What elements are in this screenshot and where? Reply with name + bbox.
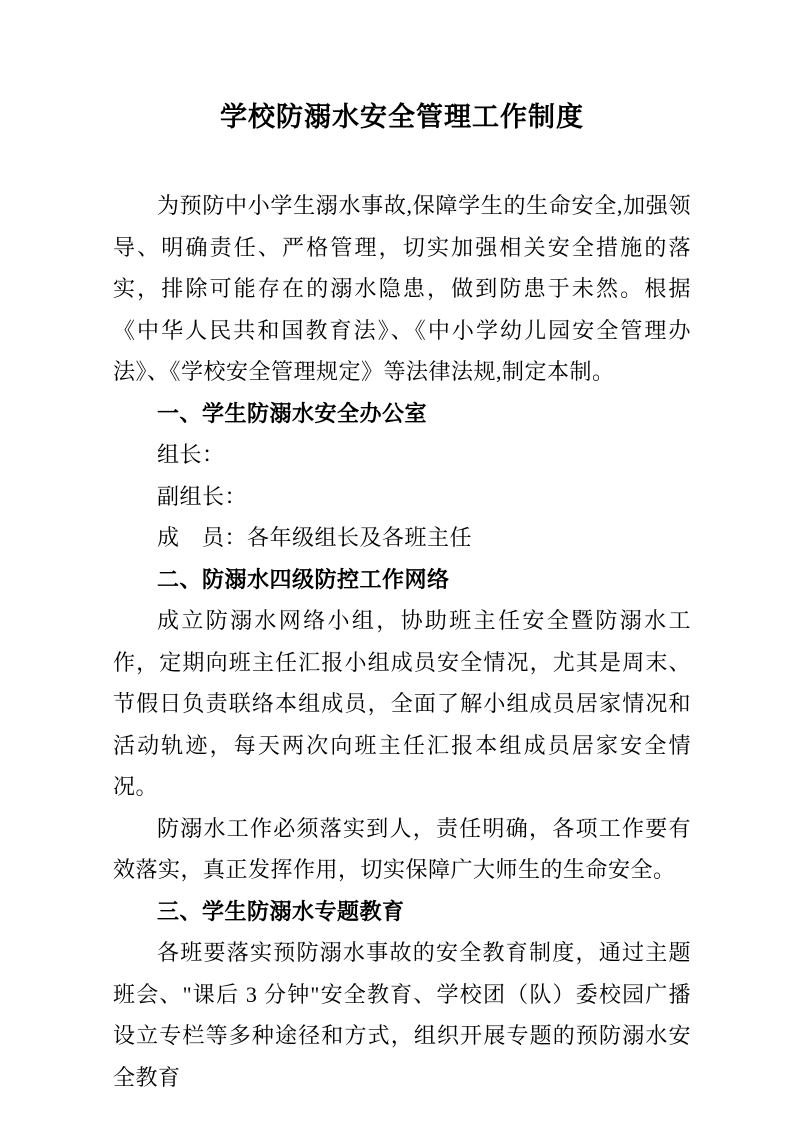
- document-title: 学校防溺水安全管理工作制度: [113, 95, 691, 139]
- paragraph-education: 各班要落实预防溺水事故的安全教育制度，通过主题班会、"课后 3 分钟"安全教育、…: [113, 932, 691, 1098]
- section-heading-office: 一、学生防溺水安全办公室: [113, 393, 691, 435]
- field-members: 成 员：各年级组长及各班主任: [113, 517, 691, 559]
- section-heading-education: 三、学生防溺水专题教育: [113, 891, 691, 933]
- field-deputy-leader: 副组长：: [113, 476, 691, 518]
- paragraph-intro: 为预防中小学生溺水事故,保障学生的生命安全,加强领导、明确责任、严格管理，切实加…: [113, 185, 691, 393]
- paragraph-responsibility: 防溺水工作必须落实到人，责任明确，各项工作要有效落实，真正发挥作用，切实保障广大…: [113, 808, 691, 891]
- field-group-leader: 组长：: [113, 434, 691, 476]
- section-heading-network: 二、防溺水四级防控工作网络: [113, 559, 691, 601]
- document-page: 学校防溺水安全管理工作制度 为预防中小学生溺水事故,保障学生的生命安全,加强领导…: [0, 0, 793, 1122]
- paragraph-network-group: 成立防溺水网络小组，协助班主任安全暨防溺水工作，定期向班主任汇报小组成员安全情况…: [113, 600, 691, 808]
